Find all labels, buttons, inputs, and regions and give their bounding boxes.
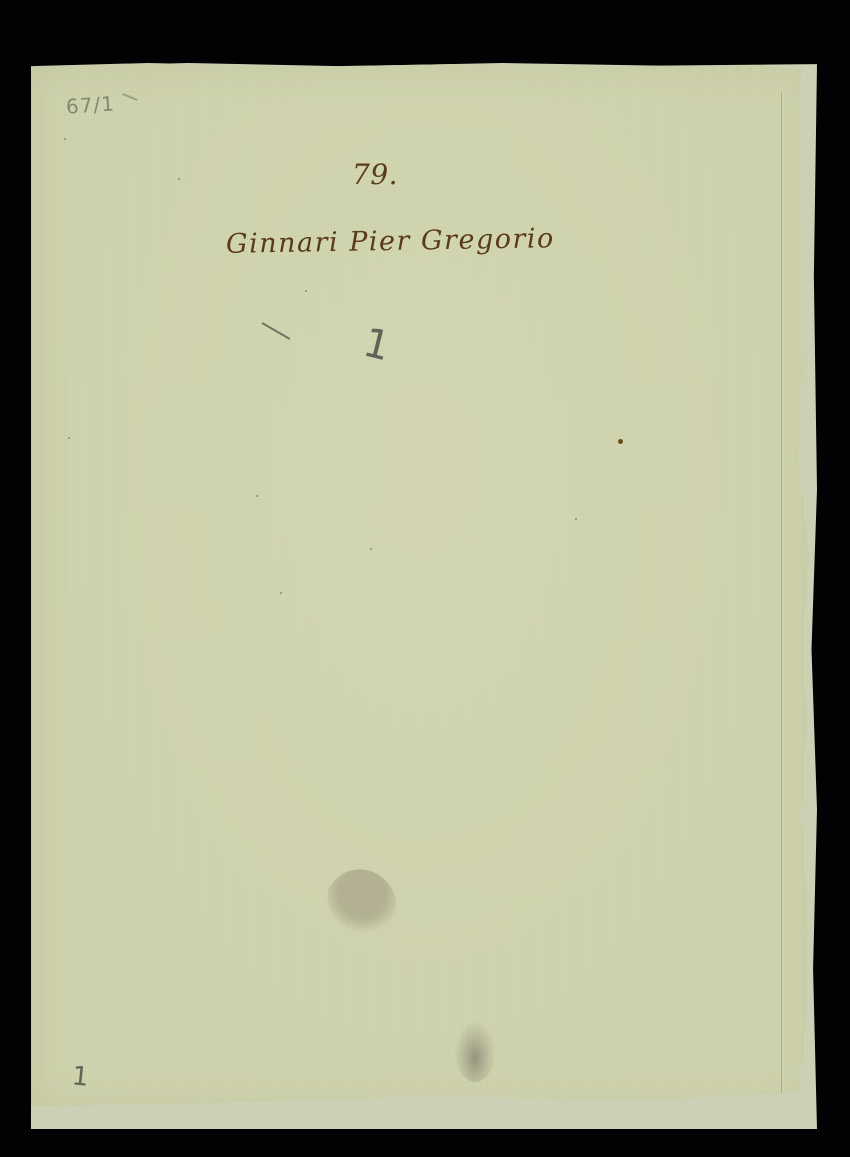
paper-speck: [370, 548, 372, 550]
paper-speck: [64, 138, 66, 140]
item-number: 79.: [352, 158, 398, 191]
ink-dot: [618, 439, 623, 444]
front-paper-sheet: [31, 63, 812, 1110]
archive-reference: 67/1: [65, 91, 115, 118]
paper-speck: [256, 495, 258, 497]
person-name: Ginnari Pier Gregorio: [226, 223, 555, 260]
paper-stain-small: [455, 1022, 495, 1082]
paper-speck: [280, 592, 282, 594]
paper-speck: [575, 518, 577, 520]
paper-speck: [305, 290, 307, 292]
paper-speck: [68, 437, 70, 439]
paper-speck: [178, 178, 180, 180]
page-number: 1: [70, 1061, 90, 1093]
